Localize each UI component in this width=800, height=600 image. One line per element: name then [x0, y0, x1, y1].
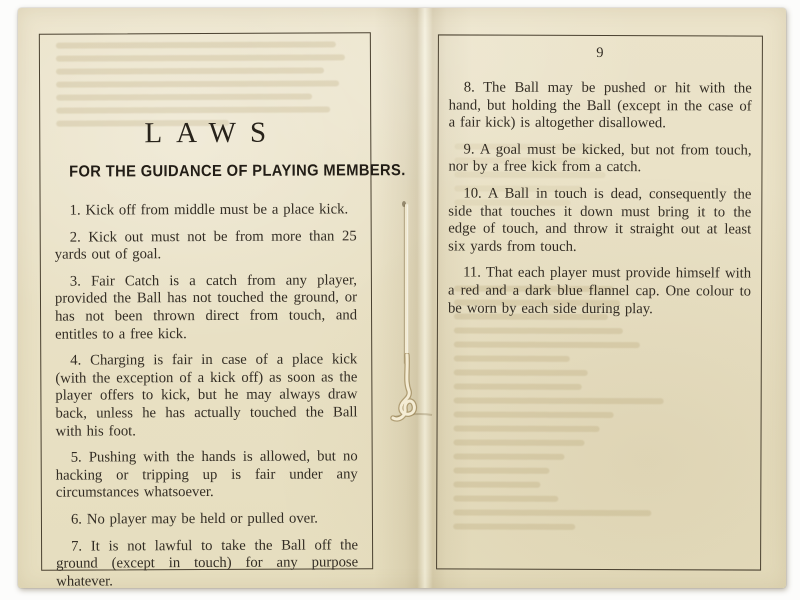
show-through-line — [454, 327, 623, 334]
binding-thread — [405, 204, 407, 364]
rules-list-left: 1. Kick off from middle must be a place … — [55, 201, 359, 591]
rule-paragraph: 2. Kick out must not be from more than 2… — [55, 228, 357, 265]
rule-paragraph: 7. It is not lawful to take the Ball off… — [56, 537, 358, 591]
page-right-frame: 9 8. The Ball may be pushed or hit with … — [436, 34, 763, 570]
show-through-line — [453, 523, 575, 529]
show-through-line — [454, 397, 664, 404]
show-through-line — [453, 439, 584, 445]
page-right-content: 9 8. The Ball may be pushed or hit with … — [438, 44, 762, 318]
show-through-line — [453, 509, 651, 516]
show-through-line — [56, 54, 345, 61]
rule-paragraph: 5. Pushing with the hands is allowed, bu… — [56, 448, 358, 502]
show-through-text-right — [453, 285, 745, 538]
page-subtitle-row: FOR THE GUIDANCE OF PLAYING MEMBERS. — [54, 162, 356, 181]
show-through-line — [56, 41, 336, 48]
show-through-line — [56, 94, 312, 101]
rules-list-right: 8. The Ball may be pushed or hit with th… — [448, 79, 752, 318]
rule-paragraph: 8. The Ball may be pushed or hit with th… — [449, 79, 752, 133]
rule-paragraph: 11. That each player must provide himsel… — [448, 265, 751, 319]
show-through-line — [454, 355, 570, 361]
show-through-line — [454, 341, 640, 348]
show-through-line — [453, 495, 558, 501]
show-through-line — [453, 481, 540, 487]
page-title: LAWS — [54, 117, 356, 148]
show-through-line — [56, 80, 339, 87]
rule-paragraph: 9. A goal must be kicked, but not from t… — [448, 141, 751, 177]
show-through-line — [454, 369, 588, 375]
page-subtitle: FOR THE GUIDANCE OF PLAYING MEMBERS. — [69, 162, 406, 181]
show-through-line — [454, 425, 600, 432]
rule-paragraph: 1. Kick off from middle must be a place … — [55, 201, 357, 220]
show-through-line — [453, 453, 564, 459]
show-through-line — [453, 467, 549, 473]
booklet-spread-scan: LAWS FOR THE GUIDANCE OF PLAYING MEMBERS… — [18, 8, 786, 588]
show-through-line — [56, 67, 324, 74]
page-left-content: LAWS FOR THE GUIDANCE OF PLAYING MEMBERS… — [40, 117, 372, 591]
page-left-frame: LAWS FOR THE GUIDANCE OF PLAYING MEMBERS… — [39, 32, 373, 570]
rule-paragraph: 3. Fair Catch is a catch from any player… — [55, 272, 357, 344]
page-number: 9 — [449, 44, 752, 61]
rule-paragraph: 4. Charging is fair in case of a place k… — [55, 351, 357, 440]
show-through-line — [454, 383, 582, 389]
rule-paragraph: 6. No player may be held or pulled over. — [56, 510, 358, 529]
show-through-line — [454, 411, 614, 418]
rule-paragraph: 10. A Ball in touch is dead, consequentl… — [448, 185, 751, 256]
show-through-line — [56, 106, 330, 113]
binding-thread-knot — [384, 353, 440, 437]
